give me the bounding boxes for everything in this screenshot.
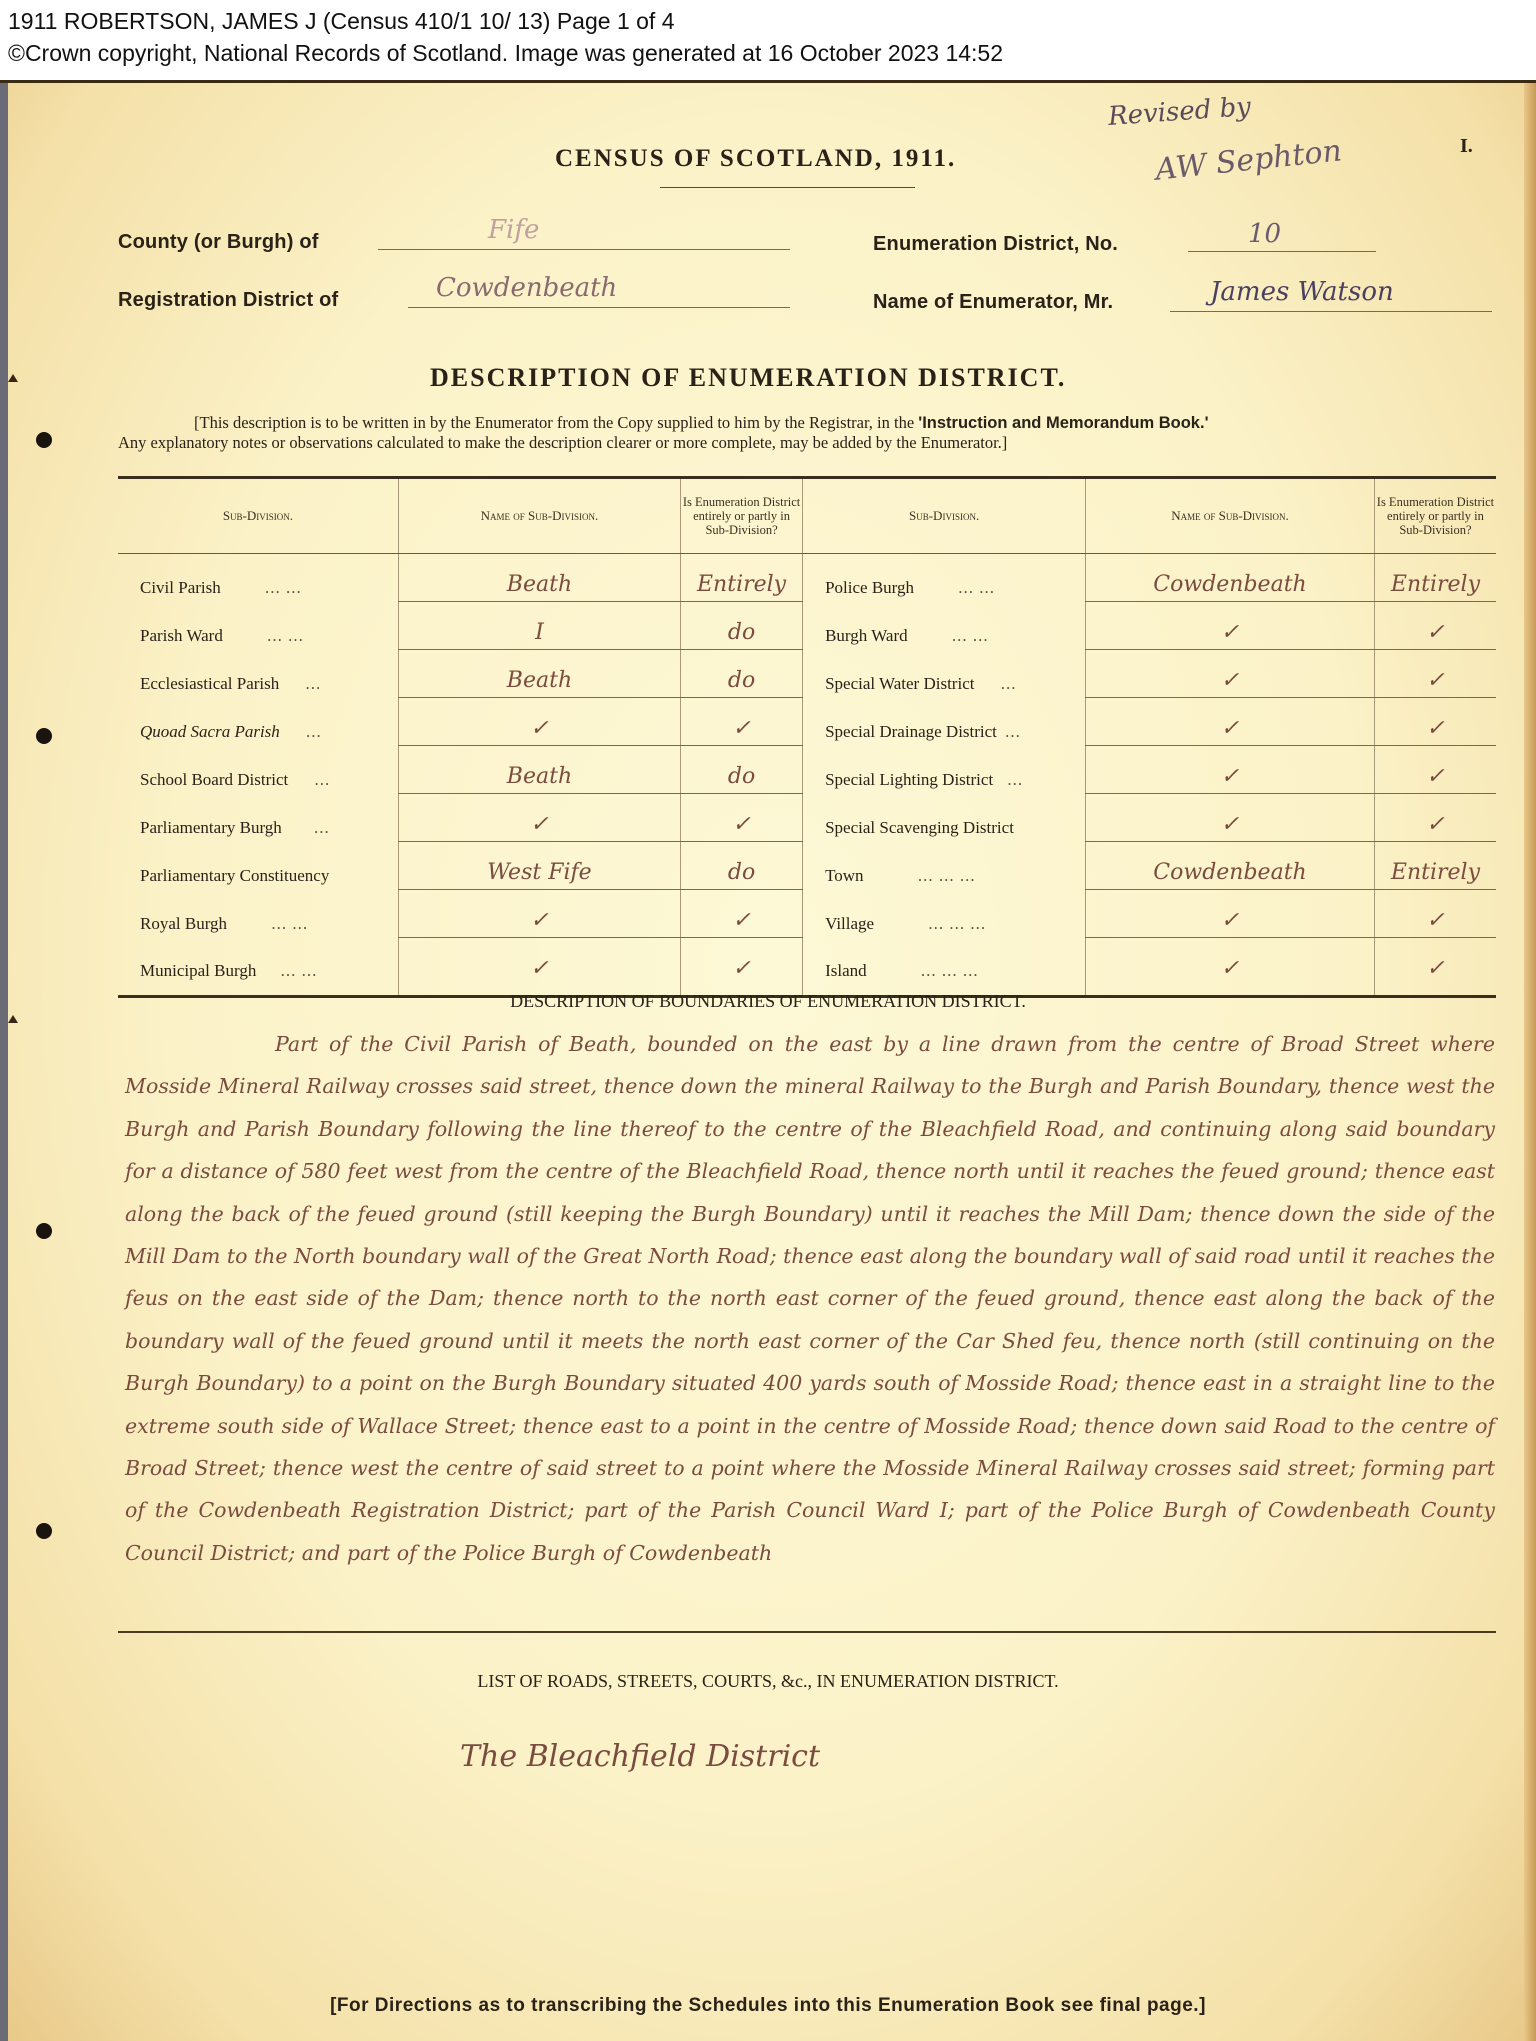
row-name: ✓ bbox=[1221, 716, 1239, 741]
row-name: ✓ bbox=[1221, 764, 1239, 789]
col-name-2: Name of Sub-Division. bbox=[1086, 478, 1375, 554]
row-extent: ✓ bbox=[732, 812, 750, 837]
description-note: [This description is to be written in by… bbox=[118, 413, 1498, 453]
row-label: Special Drainage District bbox=[825, 722, 997, 741]
punch-hole-icon bbox=[36, 728, 52, 744]
punch-hole-icon bbox=[36, 432, 52, 448]
row-name: Cowdenbeath bbox=[1153, 860, 1306, 885]
note-text: [This description is to be written in by… bbox=[194, 413, 918, 432]
note-text-2: Any explanatory notes or observations ca… bbox=[118, 433, 1498, 453]
col-subdivision: Sub-Division. bbox=[118, 478, 398, 554]
road-item: The Bleachfield District bbox=[460, 1739, 820, 1774]
description-title: DESCRIPTION OF ENUMERATION DISTRICT. bbox=[430, 363, 1066, 393]
census-page: CENSUS OF SCOTLAND, 1911. Revised by AW … bbox=[0, 80, 1536, 2041]
row-name: West Fife bbox=[487, 860, 591, 885]
row-extent: do bbox=[728, 860, 755, 885]
row-name: ✓ bbox=[1221, 908, 1239, 933]
col-subdivision-2: Sub-Division. bbox=[803, 478, 1086, 554]
registration-value: Cowdenbeath bbox=[436, 273, 617, 303]
row-name: ✓ bbox=[530, 812, 548, 837]
row-name: ✓ bbox=[1221, 812, 1239, 837]
table-row: School Board District ... Beath do Speci… bbox=[118, 746, 1496, 794]
row-extent: do bbox=[728, 764, 755, 789]
row-name: I bbox=[535, 620, 544, 645]
record-caption: 1911 ROBERTSON, JAMES J (Census 410/1 10… bbox=[8, 8, 674, 35]
enum-district-field: 10 bbox=[1188, 223, 1376, 252]
row-name: ✓ bbox=[530, 716, 548, 741]
row-name: ✓ bbox=[530, 956, 548, 981]
county-label: County (or Burgh) of bbox=[118, 231, 319, 254]
registration-field: Cowdenbeath bbox=[408, 279, 790, 308]
row-label: Burgh Ward bbox=[825, 626, 908, 645]
col-name: Name of Sub-Division. bbox=[398, 478, 680, 554]
col-extent: Is Enumeration District entirely or part… bbox=[681, 478, 803, 554]
col-extent-2: Is Enumeration District entirely or part… bbox=[1374, 478, 1496, 554]
row-label: Ecclesiastical Parish bbox=[140, 674, 279, 693]
table-row: Municipal Burgh ... ... ✓ ✓ Island ... .… bbox=[118, 938, 1496, 997]
registration-label: Registration District of bbox=[118, 289, 338, 312]
boundaries-title: DESCRIPTION OF BOUNDARIES OF ENUMERATION… bbox=[0, 991, 1536, 1012]
table-row: Royal Burgh ... ... ✓ ✓ Village ... ... … bbox=[118, 890, 1496, 938]
row-label: Quoad Sacra Parish bbox=[140, 722, 280, 741]
row-extent: ✓ bbox=[1426, 668, 1444, 693]
table-row: Parish Ward ... ... I do Burgh Ward ... … bbox=[118, 602, 1496, 650]
row-label: Special Scavenging District bbox=[825, 818, 1014, 837]
margin-mark-icon bbox=[8, 374, 18, 382]
punch-hole-icon bbox=[36, 1523, 52, 1539]
row-extent: ✓ bbox=[732, 716, 750, 741]
row-label: Village bbox=[825, 914, 874, 933]
row-label: Special Water District bbox=[825, 674, 974, 693]
row-extent: Entirely bbox=[1391, 572, 1480, 597]
enumerator-field: James Watson bbox=[1170, 283, 1492, 312]
row-extent: ✓ bbox=[1426, 956, 1444, 981]
row-label: School Board District bbox=[140, 770, 288, 789]
enum-district-value: 10 bbox=[1248, 219, 1281, 249]
row-name: ✓ bbox=[1221, 620, 1239, 645]
boundaries-text: Part of the Civil Parish of Beath, bound… bbox=[125, 1023, 1495, 1574]
revised-by-label: Revised by bbox=[1107, 92, 1252, 132]
row-name: ✓ bbox=[530, 908, 548, 933]
county-value: Fife bbox=[488, 215, 539, 245]
margin-mark-icon bbox=[8, 1015, 18, 1023]
table-row: Ecclesiastical Parish ... Beath do Speci… bbox=[118, 650, 1496, 698]
enumerator-label: Name of Enumerator, Mr. bbox=[873, 291, 1113, 314]
table-row: Quoad Sacra Parish ... ✓ ✓ Special Drain… bbox=[118, 698, 1496, 746]
row-extent: Entirely bbox=[697, 572, 786, 597]
punch-hole-icon bbox=[36, 1223, 52, 1239]
revised-by-signature: AW Sephton bbox=[1154, 133, 1344, 187]
copyright-caption: ©Crown copyright, National Records of Sc… bbox=[8, 40, 1003, 67]
row-label: Civil Parish bbox=[140, 578, 221, 597]
page-title: CENSUS OF SCOTLAND, 1911. bbox=[555, 145, 956, 173]
county-field: Fife bbox=[378, 221, 790, 250]
row-name: Beath bbox=[507, 668, 572, 693]
row-extent: ✓ bbox=[1426, 716, 1444, 741]
subdivision-table: Sub-Division. Name of Sub-Division. Is E… bbox=[118, 476, 1496, 998]
row-extent: ✓ bbox=[1426, 620, 1444, 645]
row-extent: ✓ bbox=[1426, 812, 1444, 837]
boundaries-rule bbox=[118, 1631, 1496, 1633]
row-extent: ✓ bbox=[732, 956, 750, 981]
row-extent: do bbox=[728, 668, 755, 693]
table-row: Civil Parish ... ... Beath Entirely Poli… bbox=[118, 554, 1496, 602]
row-name: ✓ bbox=[1221, 956, 1239, 981]
row-name: Cowdenbeath bbox=[1153, 572, 1306, 597]
table-row: Parliamentary Constituency West Fife do … bbox=[118, 842, 1496, 890]
row-extent: Entirely bbox=[1391, 860, 1480, 885]
roads-title: LIST OF ROADS, STREETS, COURTS, &c., IN … bbox=[0, 1671, 1536, 1692]
row-label: Island bbox=[825, 961, 867, 980]
row-extent: ✓ bbox=[732, 908, 750, 933]
row-label: Special Lighting District bbox=[825, 770, 993, 789]
row-label: Municipal Burgh bbox=[140, 961, 256, 980]
row-label: Parliamentary Burgh bbox=[140, 818, 282, 837]
row-label: Town bbox=[825, 866, 863, 885]
row-label: Parish Ward bbox=[140, 626, 223, 645]
enum-district-label: Enumeration District, No. bbox=[873, 233, 1118, 256]
row-name: ✓ bbox=[1221, 668, 1239, 693]
title-rule bbox=[660, 187, 915, 188]
row-label: Parliamentary Constituency bbox=[140, 866, 329, 885]
row-label: Police Burgh bbox=[825, 578, 914, 597]
page-numeral: I. bbox=[1460, 135, 1473, 158]
note-bold-text: 'Instruction and Memorandum Book.' bbox=[918, 414, 1208, 432]
row-extent: do bbox=[728, 620, 755, 645]
enumerator-value: James Watson bbox=[1210, 277, 1394, 307]
row-extent: ✓ bbox=[1426, 764, 1444, 789]
row-name: Beath bbox=[507, 764, 572, 789]
table-row: Parliamentary Burgh ... ✓ ✓ Special Scav… bbox=[118, 794, 1496, 842]
row-name: Beath bbox=[507, 572, 572, 597]
row-extent: ✓ bbox=[1426, 908, 1444, 933]
row-label: Royal Burgh bbox=[140, 914, 227, 933]
footer-note: [For Directions as to transcribing the S… bbox=[0, 1995, 1536, 2017]
